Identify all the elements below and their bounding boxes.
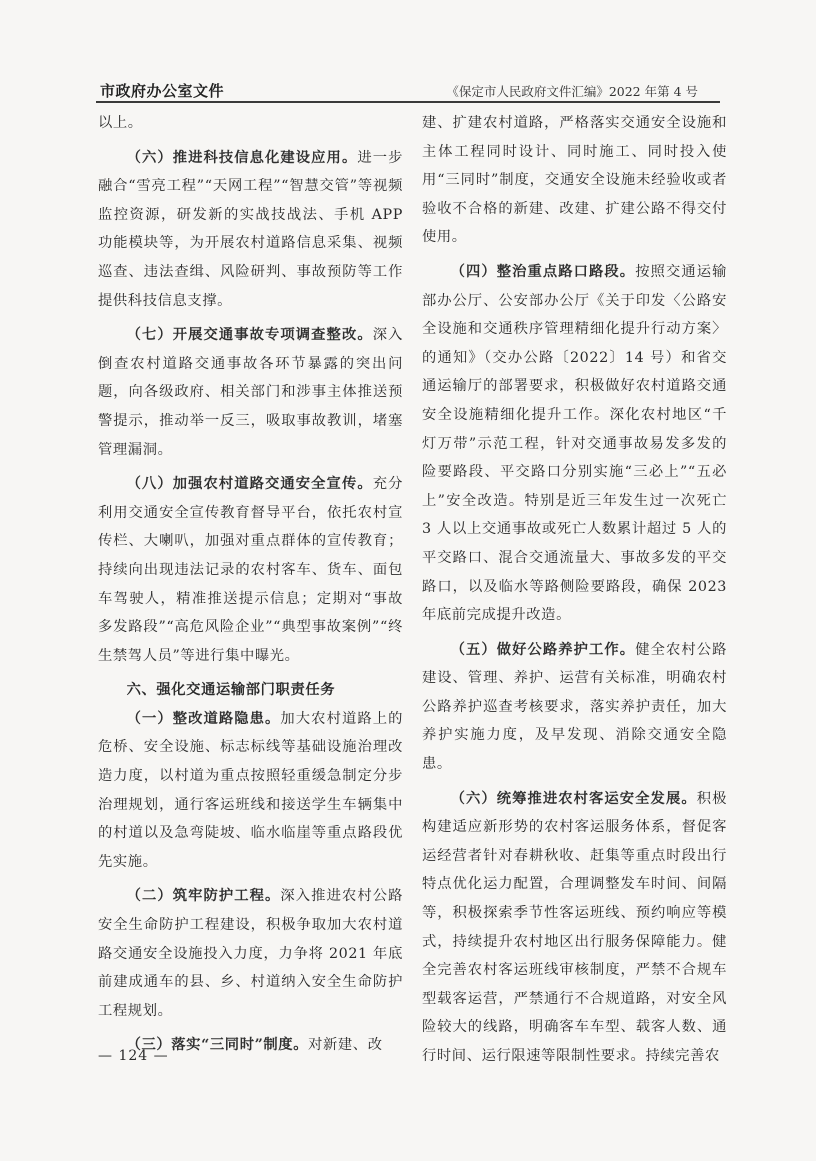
- item-body: 健全农村公路建设、管理、养护、运营有关标准，明确农村公路养护巡查考核要求，落实养…: [422, 642, 727, 772]
- item-lead: （一）整改道路隐患。: [127, 711, 281, 727]
- paragraph-item-8: （八）加强农村道路交通安全宣传。充分利用交通安全宣传教育督导平台，依托农村宣传栏…: [98, 470, 403, 670]
- item-lead: （五）做好公路养护工作。: [451, 642, 636, 658]
- section-title: 六、强化交通运输部门职责任务: [98, 676, 403, 705]
- item-lead: （二）筑牢防护工程。: [127, 888, 281, 904]
- item-lead: （八）加强农村道路交通安全宣传。: [127, 476, 373, 492]
- paragraph-item-5: （五）做好公路养护工作。健全农村公路建设、管理、养护、运营有关标准，明确农村公路…: [422, 636, 727, 779]
- header-office-title: 市政府办公室文件: [100, 80, 224, 101]
- item-body: 积极构建适应新形势的农村客运服务体系，督促客运经营者针对春耕秋收、赶集等重点时段…: [422, 791, 727, 1064]
- continuation-paragraph: 以上。: [98, 109, 403, 138]
- item-lead: （七）开展交通事故专项调查整改。: [127, 327, 373, 343]
- paragraph-item-6: （六）推进科技信息化建设应用。进一步融合“雪亮工程”“天网工程”“智慧交管”等视…: [98, 144, 403, 316]
- item-lead: （四）整治重点路口路段。: [451, 264, 636, 280]
- paragraph-section-item-1: （一）整改道路隐患。加大农村道路上的危桥、安全设施、标志标线等基础设施治理改造力…: [98, 705, 403, 877]
- item-body: 对新建、改: [308, 1037, 382, 1053]
- item-lead: （六）统筹推进农村客运安全发展。: [451, 791, 697, 807]
- item-body: 按照交通运输部办公厅、公安部办公厅《关于印发〈公路安全设施和交通秩序管理精细化提…: [422, 264, 727, 623]
- right-column: 建、扩建农村道路，严格落实交通安全设施和主体工程同时设计、同时施工、同时投入使用…: [422, 109, 727, 1071]
- item-body: 深入倒查农村道路交通事故各环节暴露的突出问题，向各级政府、相关部门和涉事主体推送…: [98, 327, 403, 457]
- paragraph-section-item-2: （二）筑牢防护工程。深入推进农村公路安全生命防护工程建设，积极争取加大农村道路交…: [98, 882, 403, 1025]
- paragraph-item-7: （七）开展交通事故专项调查整改。深入倒查农村道路交通事故各环节暴露的突出问题，向…: [98, 321, 403, 464]
- running-header: 市政府办公室文件 《保定市人民政府文件汇编》2022 年第 4 号: [96, 80, 720, 103]
- item-body: 加大农村道路上的危桥、安全设施、标志标线等基础设施治理改造力度，以村道为重点按照…: [98, 711, 403, 870]
- item-body: 进一步融合“雪亮工程”“天网工程”“智慧交管”等视频监控资源，研发新的实战技战法…: [98, 150, 403, 309]
- continuation-paragraph: 建、扩建农村道路，严格落实交通安全设施和主体工程同时设计、同时施工、同时投入使用…: [422, 109, 727, 252]
- item-body: 深入推进农村公路安全生命防护工程建设，积极争取加大农村道路交通安全设施投入力度，…: [98, 888, 403, 1018]
- page-number: — 124 —: [98, 1048, 169, 1064]
- paragraph-item-6b: （六）统筹推进农村客运安全发展。积极构建适应新形势的农村客运服务体系，督促客运经…: [422, 785, 727, 1071]
- header-publication-title: 《保定市人民政府文件汇编》2022 年第 4 号: [446, 82, 698, 100]
- paragraph-item-4: （四）整治重点路口路段。按照交通运输部办公厅、公安部办公厅《关于印发〈公路安全设…: [422, 258, 727, 630]
- left-column: 以上。 （六）推进科技信息化建设应用。进一步融合“雪亮工程”“天网工程”“智慧交…: [98, 109, 403, 1060]
- item-lead: （六）推进科技信息化建设应用。: [127, 150, 358, 166]
- item-body: 充分利用交通安全宣传教育督导平台，依托农村宣传栏、大喇叭，加强对重点群体的宣传教…: [98, 476, 403, 664]
